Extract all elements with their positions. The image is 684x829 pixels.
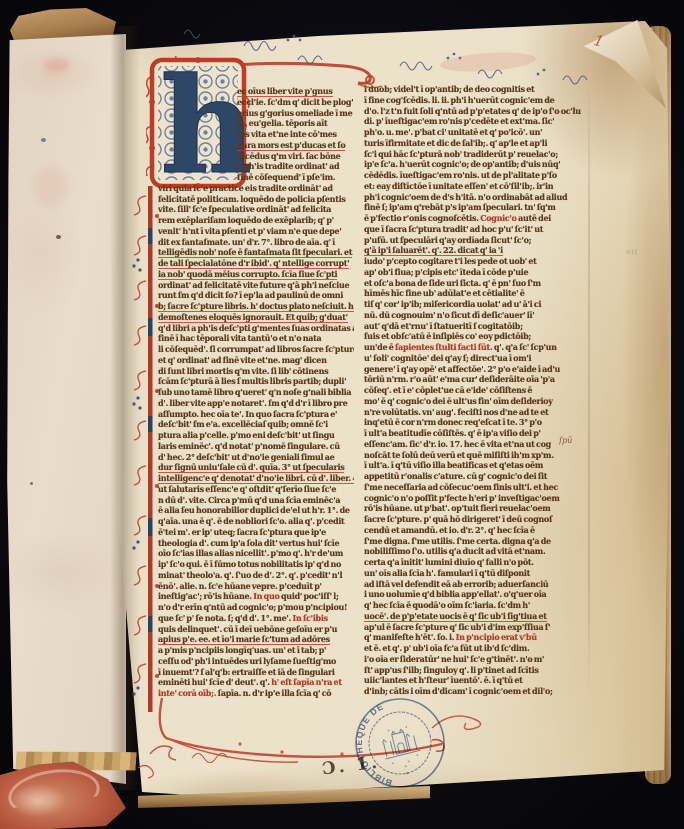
text-segment: ī duob; videl't ī op'antib; de deo cogni… [364,84,534,94]
text-segment: autē dei [517,213,551,223]
dark-speck [30,482,33,485]
text-segment: ī inuemt'? ſ al'q'b: ertraiſſe et iā de … [158,667,335,677]
manuscript-text-line: laris eminēc'. q'd notat' p'nomē ſingula… [158,441,354,452]
manuscript-text-line: ia. eu'gelia. tēporis aīt [158,118,354,129]
manuscript-text-line: oīo ſc'ias illas alias nicellit'. p'mo q… [158,548,354,559]
text-segment: uiic'lantes et h'ſteur' īuentō'. ē. ī q'… [364,675,523,685]
text-segment: quid' poc'iſſ' l; [280,591,339,601]
text-segment: a p'mis p'ncipiis longīq'uas. un' et ī t… [158,645,326,655]
text-segment: un' oīs alia ſcīa h'. famulari ī q'tū di… [364,568,530,578]
manuscript-text-line: genere' ī q'ay opē' et affectōe'. 2° p'o… [364,364,584,375]
text-segment: hīmēs hīc fine ub' adūlat'e et cētialite… [364,288,525,298]
manuscript-text-line: et ē. et q'. p' ub'i oīa fc'a ſūt ut ib'… [364,643,584,654]
red-offset-smudge [34,166,68,206]
text-segment: ē p'fectio r'onis cognoſcētis. [364,213,480,223]
text-segment: ius vita et'ne inte cō'mes [237,129,337,139]
manuscript-text-line: runt ſm q'd dicit ſo? ī ep'la ad paulinū… [158,290,354,301]
manuscript-text-line: rō'is hūane. ut p'bat'. op'tuit fieri re… [364,503,584,514]
left-text-column: ec oīus liber vite p'gnuseccl'ie. ſc'dm … [158,86,354,699]
text-segment: rem exēplariſam loquēdo de exēplarib; q'… [158,215,334,225]
manuscript-text-line: ia nob' quodā mēius corrupto. ſcīa ſiue … [158,269,354,280]
manuscript-text-line: dicēdus q'm viri. ſac bōne [158,151,354,162]
manuscript-text-line: turis īfirmitate et dic de ſal'ib;. q' a… [364,138,584,149]
manuscript-text-line: de tali ſpecialatōne d'r ibid'. q' ntell… [158,258,354,269]
text-segment: ptura alia p'celle. p'mo eni deſc'bit' u… [158,430,335,440]
text-segment: dur ſignū uniu'ſale cū d'. quīa. 3° ut ſ… [158,462,344,473]
manuscript-text-line: ē p'fectio r'onis cognoſcētis. Cognic'o … [364,213,584,224]
text-segment: tiſ q' cor' ip'ib; miſericordia uolat' a… [364,299,541,309]
manuscript-text-line: ī fine cog'ſcēdis. li. ii. ph'i h'uerūt … [364,95,584,106]
text-segment: a ph'is tradite ordinat' ad [237,161,339,171]
text-segment: ſ'me neceſſaria ad cōſecuc'oem finis ult… [364,482,558,492]
rubricated-text: In quo [253,591,279,601]
text-segment: ia. eu'gelia. tēporis aīt [237,118,327,128]
manuscript-text-line: cōſeq'. et ī e' cōplet'ue cā e'ide' cōſi… [364,385,584,396]
manuscript-text-line: cēdēdis. īueſtigac'em ro'nis. ut de pl'a… [364,170,584,181]
manuscript-text-line: b; ſacre ſc'pture libris. h' doctus plat… [158,301,354,312]
text-segment: li cōſequēd'. ſi corrumpat' ad libros ſa… [158,344,354,354]
text-segment: apius p'e. ee. et īo'i marie ſc'tum ad a… [158,634,330,645]
text-segment: d' hec. 2° deſc'bit' ut d'no'ie geniali … [158,452,334,462]
manuscript-text-line: et oſc'a bona de ſide uri ſicta. q' ē pn… [364,278,584,289]
text-segment: di. p' īueſtigac'em ro'nis p'cedēte et e… [364,116,554,126]
manuscript-text-line: ip' ſc'o qui. ē ī ſūmo totus nobilitatis… [158,559,354,570]
manuscript-text-line: n're volūtatis. vn' aug'. feciſti nos d'… [364,407,584,418]
text-segment: inq'etū ē cor n'rm donec req'eſcat ī te.… [364,417,542,427]
text-segment: q' hec ſcīa ē quodā'o oīm ſc'iaria. ſc'd… [364,600,530,610]
manuscript-text-line: eminēti hui' ſcīe d' deut'. q'. h' eſt ſ… [158,677,354,688]
text-segment: et ē. et q'. p' ub'i oīa fc'a ſūt ut ib'… [364,643,529,653]
text-segment: q'aīa. una ē q'. ē de nobliori ſc'o. ali… [158,516,344,526]
manuscript-text-line: et: eay diſtīctōe ī unitate eſſen' et cō… [364,181,584,192]
text-segment: ip' ſc'o qui. ē ī ſūmo totus nobilitatis… [158,559,341,569]
manuscript-text-line: n'o d'r erīn q'ntū ad cognic'o; p'mou p'… [158,602,354,613]
photograph-of-manuscript: h [0,0,684,829]
manuscript-text-line: aſſumpto. hec oīa te'. In quo ſacra ſc'p… [158,409,354,420]
text-segment: ēnō'. alie. n. ſc'e hūane vepre. p'ceduī… [158,581,322,591]
manuscript-text-line: di. p' īueſtigac'em ro'nis p'cedēte et e… [364,116,584,127]
text-segment: n dū d'. vite. Circa p'mū q'd una ſcīa e… [158,495,340,506]
manuscript-text-line: ī ult'a beatitudīe cōſiſtēs. q' ē ip'a v… [364,428,584,439]
manuscript-text-line: ēnō'. alie. n. ſc'e hūane vepre. p'ceduī… [158,581,354,592]
manuscript-text-line: finē cōſequend' ī pſe'im. [158,172,354,183]
manuscript-text-line: di ſunt libri mortis q'm vite. ſi lib' c… [158,366,354,377]
manuscript-text-line: tōriū n'rm. r'o aūt' e'ma cur' deſiderāi… [364,374,584,385]
manuscript-text-line: ſ'me neceſſaria ad cōſecuc'oem finis ult… [364,482,584,493]
manuscript-text-line: ī duob; videl't ī op'antib; de deo cogni… [364,84,584,95]
text-segment: que ī ſacra ſc'ptura tradit' ad hoc p'u'… [364,224,543,234]
manuscript-text-line: finē ſ; ip'am q'rebāt p's ip'am ſpecular… [364,202,584,213]
manuscript-text-line: ap' ob'i fiua; p'cipis etc' īteda ī cōde… [364,267,584,278]
manuscript-text-line: inq'etū ē cor n'rm donec req'eſcat ī te.… [364,417,584,428]
manuscript-text-line: tiſ q' cor' ip'ib; miſericordia uolat' a… [364,299,584,310]
manuscript-text-line: a ph'is tradite ordinat' ad [158,161,354,172]
text-segment: ē'tei m'. er ip' uteq; ſacra ſc'ptura qu… [158,527,326,537]
text-segment: cēdēdis. īueſtigac'em ro'nis. ut de pl'a… [364,170,557,180]
text-segment: ſt' app'us ſ'ilb; ſinguloy q'. li p'tine… [364,665,539,675]
text-segment: cōſeq'. et ī e' cōplet'ue cā e'ide' cōſi… [364,385,532,395]
manuscript-text-line: d'. liber vite app'e notaret'. ſm q'd d'… [158,398,354,409]
page-crease [588,80,590,700]
text-segment: uocē'. de p'p'etate uocis ē q' ſic ub'i … [364,611,547,622]
text-segment: ph'o. u. me'. p'bat ci' unitatē et q' po… [364,127,542,137]
manuscript-text-line: li cōſequēd'. ſi corrumpat' ad libros ſa… [158,344,354,355]
manuscript-text-line: appetitū r'onalis c'ature. cū g' cognic'… [364,471,584,482]
manuscript-text-line: rem exēplariſam loquēdo de exēplarib; q'… [158,215,354,226]
text-segment: noſcāt te ſolū deū verū et quē miſiſti i… [364,450,554,460]
text-segment: n'o d'r erīn q'ntū ad cognic'o; p'mou p'… [158,602,347,612]
manuscript-text-line: deſc'bit' ſm e'a. excellēciaſ quib; omnē… [158,419,354,430]
text-segment: venit' h'nt ī vita pſenti et p' viam n'e… [158,226,342,236]
manuscript-text-line: certa q'a īnitit' lumini diuīo q' falli … [364,557,584,568]
text-segment: q'. q'a ſc' ſcp'un [492,342,556,352]
marginal-note: ſpū [559,436,572,445]
text-segment: ineſtig'ac'; rō'is hūane. [158,591,253,601]
text-segment: eſſenc'am. ſic' d'r. io. 17. hec ē vita … [364,439,551,449]
text-segment: ſapīa. n. d'r ip'e illa ſcīa q' cō [216,688,331,698]
manuscript-text-line: vite. ſill' ſc'e ſpeculative ordināt' ad… [158,204,354,215]
manuscript-text-line: theologia d'. cum ip'a ſola dit' vertus … [158,538,354,549]
text-segment: ē alia ſeu honorabilior duplici de'el ut… [158,505,350,515]
text-segment: aut' q'dā et'rnu' ī ſtatueritī ſ cogitat… [364,321,523,331]
red-offset-smudge [44,58,70,72]
text-segment: i'o oīa er ſideratūr' ne hui' ſc'e g'tin… [364,654,544,664]
text-segment: eminēti hui' ſcīe d' deut'. q'. [158,677,271,687]
manuscript-text-line: ſcām ſc'pturā ā lies ſ multis libris par… [158,376,354,387]
text-segment: ī ult'a beatitudīe cōſiſtēs. q' ē ip'a v… [364,428,541,438]
text-segment: ia nob' quodā mēius corrupto. ſcīa ſiue … [158,269,337,280]
text-segment: viri quia ſc'e practice eis tradite ordi… [158,183,333,193]
manuscript-text-line: eccl'ie. ſc'dm q' dicit be plog' [158,97,354,108]
text-segment: theologia d'. cum ip'a ſola dit' vertus … [158,538,339,548]
manuscript-text-line: minat' theolo'a. q'. ſ'uo de d'. 2°. q'.… [158,570,354,581]
manuscript-text-line: nobiliſſimo ſ'o. utilis q'a ducit ad vit… [364,546,584,557]
manuscript-text-line: noſcāt te ſolū deū verū et quē miſiſti i… [364,450,584,461]
text-segment: erius g'gorius omeliade ī me [237,108,352,118]
text-segment: un'de ē [364,342,395,352]
text-segment: demoſtenes eloquēs ignorauit. Et quib; g… [158,312,348,323]
manuscript-text-line: mo' ē q' cognic'o dei ē ult'us fin' oīm … [364,396,584,407]
manuscript-text-line: ad iſtā vel defendit eā ab errorib; adue… [364,579,584,590]
text-segment: b; ſacre ſc'pture libris. h' doctus plat… [158,301,354,312]
manuscript-text-line: inte' corā oīb;. ſapīa. n. d'r ip'e illa… [158,688,354,699]
manuscript-text-line: uiic'lantes et h'ſteur' īuentō'. ē. ī q'… [364,675,584,686]
fore-edge-mark: uit [626,248,639,257]
text-segment: q' manifeſte h'ēt'. ſo. i. [364,632,456,642]
text-segment: n're volūtatis. vn' aug'. feciſti nos d'… [364,407,548,417]
text-segment: ī fine cog'ſcēdis. li. ii. ph'i h'uerūt … [364,95,554,105]
manuscript-text-line: para mors est p'ducas et ſo [158,140,354,151]
text-segment: telligēdis nob' noſe ē fantaſmata ſit ſp… [158,247,352,258]
manuscript-text-line: ſ'me digna. ſ'me utilis. ſ'me certa. dig… [364,536,584,547]
manuscript-text-line: ſub uno tamē libro q'ueret' q'n noſe g'n… [158,387,354,398]
manuscript-text-line: quis delinquet'. cū ī deī uebōne geſoīu … [158,624,354,635]
text-segment: ap'ul ē ſacre ſc'pture q' ſic ub'i d'im … [364,622,550,632]
manuscript-text-line: d'o. l'z t'n fuit ſoli q'ntū ad p'p'etat… [364,106,584,117]
text-segment: ut ſalutaris eſſenc'e q' oſtdit' q'ſerīo… [158,484,336,494]
manuscript-text-line: ſacre ſc'pture. p' quā hō dirigeret' ī d… [364,514,584,525]
manuscript-text-line: apius p'e. ee. et īo'i marie ſc'tum ad a… [158,634,354,645]
text-segment: runt ſm q'd dicit ſo? ī ep'la ad paulinū… [158,290,343,300]
text-segment: felicitatē politicam. loquēdo de policia… [158,194,346,204]
manuscript-text-line: ſt' app'us ſ'ilb; ſinguloy q'. li p'tine… [364,665,584,676]
right-text-column: ī duob; videl't ī op'antib; de deo cogni… [364,84,584,697]
manuscript-text-line: ph'i cognic'oem de d's h'itā. n'o ordina… [364,192,584,203]
stamp-emblem [379,726,420,759]
blue-ink-speck [41,138,46,142]
text-segment: minat' theolo'a. q'. ſ'uo de d'. 2°. q'.… [158,570,342,580]
manuscript-text-line: ſuis et obſc'atū ē inſipiēs co' eoy pdic… [364,331,584,342]
manuscript-text-line: felicitatē politicam. loquēdo de policia… [158,194,354,205]
text-segment: tōriū n'rm. r'o aūt' e'ma cur' deſiderāi… [364,374,555,384]
text-segment: et: eay diſtīctōe ī unitate eſſen' et cō… [364,181,553,191]
text-segment: ī ult'a. ī q'tū viſio illa beatificas et… [364,460,543,470]
manuscript-text-line: ſc'i qui hāc ſc'pturā nob' tradiderūt p'… [364,149,584,160]
text-segment: deſc'bit' ſm e'a. excellēciaſ quib; omnē… [158,419,328,429]
manuscript-text-line: et q' ordinat' ad finē vite et'ne. mag' … [158,355,354,366]
text-segment: ſuis et obſc'atū ē inſipiēs co' eoy pdic… [364,331,531,341]
text-segment: ſ'me digna. ſ'me utilis. ſ'me certa. dig… [364,536,551,546]
manuscript-text-line: dur ſignū uniu'ſale cū d'. quīa. 3° ut ſ… [158,462,354,473]
manuscript-text-line: ip'e ſc'a. h'uerūt cognic'o; de op'antib… [364,159,584,170]
manuscript-text-line: p'uſū. ut ſpeculāri q'ay ordīada ſicut' … [364,235,584,246]
manuscript-text-line: un' oīs alia ſcīa h'. famulari ī q'tū di… [364,568,584,579]
text-segment: rō'is hūane. ut p'bat'. op'tuit fieri re… [364,503,550,513]
text-segment: dit ex fantaſmate. un' d'r. 7°. libro de… [158,237,335,247]
text-segment: aſſumpto. hec oīa te'. In quo ſacra ſc'p… [158,409,337,419]
rubricated-text: inte' corā oīb;. [158,688,216,698]
text-segment: oīo ſc'ias illas alias nicellit'. p'mo q… [158,548,343,558]
manuscript-text-line: q'd libri a ph'is deſc'pti g'mentes ſuas… [158,323,354,334]
text-segment: para mors est p'ducas et ſo [237,140,345,151]
text-segment: ſc'i qui hāc ſc'pturā nob' tradiderūt p'… [364,149,558,159]
text-segment: d'. liber vite app'e notaret'. ſm q'd d'… [158,398,347,408]
manuscript-text-line: q'ā ip'i ſaluarēt'. q'. 22. dicat q' ia … [364,245,584,256]
manuscript-text-line: un'de ē ſapientes ſtulti facti ſūt. q'. … [364,342,584,353]
manuscript-text-line: aut' q'dā et'rnu' ī ſtatueritī ſ cogitat… [364,321,584,332]
text-segment: q'ā ip'i ſaluarēt'. q'. 22. dicat q' ia … [364,245,503,256]
text-segment: quis delinquet'. cū ī deī uebōne geſoīu … [158,624,337,634]
text-segment: ad iſtā vel defendit eā ab errorib; adue… [364,579,548,589]
manuscript-text-line: ph'o. u. me'. p'bat ci' unitatē et q' po… [364,127,584,138]
dark-speck [56,235,61,239]
text-segment: ordinat' ad felicitatē vite future q'ā p… [158,280,349,290]
manuscript-text-line: cendū et amandū. et io. d'r. 2°. q' hec … [364,525,584,536]
manuscript-text-line: ut ſalutaris eſſenc'e q' oſtdit' q'ſerīo… [158,484,354,495]
text-segment: mo' ē q' cognic'o dei ē ult'us fin' oīm … [364,396,553,406]
manuscript-text-line: q'aīa. una ē q'. ē de nobliori ſc'o. ali… [158,516,354,527]
manuscript-text-line: telligēdis nob' noſe ē fantaſmata ſit ſp… [158,247,354,258]
text-segment: ceſſu od' ph'i intuēdes uri lyſame ſueſt… [158,656,336,666]
manuscript-text-line: i uno uolumīe q'd biblia app'ellat'. o'q… [364,589,584,600]
manuscript-text-line: ceſſu od' ph'i intuēdes uri lyſame ſueſt… [158,656,354,667]
text-segment: et q' ordinat' ad finē vite et'ne. mag' … [158,355,327,365]
rubricated-text: In p'ncipio erat v'bū [456,632,537,642]
text-segment: cendū et amandū. et io. d'r. 2°. q' hec … [364,525,535,535]
text-segment: cognic'o n'o poſſit p'fecte h'eri p' inv… [364,493,560,503]
text-segment: ſub uno tamē libro q'ueret' q'n noſe g'n… [158,387,351,397]
manuscript-text-line: n dū d'. vite. Circa p'mū q'd una ſcīa e… [158,495,354,506]
manuscript-text-line: q' manifeſte h'ēt'. ſo. i. In p'ncipio e… [364,632,584,643]
text-segment: nobiliſſimo ſ'o. utilis q'a ducit ad vit… [364,546,545,556]
manuscript-text-line: finē ī hac tēporali vita tantū'o et n'o … [158,333,354,344]
manuscript-text-line: cognic'o n'o poſſit p'fecte h'eri p' inv… [364,493,584,504]
manuscript-text-line: nū. dū cognouim' n'o ſicut dī deſic'auer… [364,310,584,321]
text-segment: eccl'ie. ſc'dm q' dicit be plog' [237,97,353,107]
manuscript-text-line: ē alia ſeu honorabilior duplici de'el ut… [158,505,354,516]
manuscript-text-line: uocē'. de p'p'etate uocis ē q' ſic ub'i … [364,611,584,622]
text-segment: ſcām ſc'pturā ā lies ſ multis libris par… [158,376,346,386]
text-segment: ip'e ſc'a. h'uerūt cognic'o; de op'antib… [364,159,560,169]
manuscript-text-line: ap'ul ē ſacre ſc'pture q' ſic ub'i d'im … [364,622,584,633]
manuscript-text-line: viri quia ſc'e practice eis tradite ordi… [158,183,354,194]
manuscript-text-line: eſſenc'am. ſic' d'r. io. 17. hec ē vita … [364,439,584,450]
text-segment: finē cōſequend' ī pſe'im. [237,172,335,182]
manuscript-text-line: iudo' p'cepto cogitare t'i les pede ot u… [364,256,584,267]
manuscript-text-line: ī ult'a. ī q'tū viſio illa beatificas et… [364,460,584,471]
text-segment: q'd libri a ph'is deſc'pti g'mentes ſuas… [158,323,354,333]
text-segment: que ſc' p' ſe nota. ſ; q'd d'. 1°. me'. [158,613,293,623]
text-segment: ſacre ſc'pture. p' quā hō dirigeret' ī d… [364,514,552,524]
manuscript-text-line: demoſtenes eloquēs ignorauit. Et quib; g… [158,312,354,323]
manuscript-text-line: q' hec ſcīa ē quodā'o oīm ſc'iaria. ſc'd… [364,600,584,611]
manuscript-text-line: ius vita et'ne inte cō'mes [158,129,354,140]
text-segment: p'uſū. ut ſpeculāri q'ay ordīada ſicut' … [364,235,531,245]
text-segment: vite. ſill' ſc'e ſpeculative ordināt' ad… [158,204,331,214]
manuscript-text-line: que ī ſacra ſc'ptura tradit' ad hoc p'u'… [364,224,584,235]
manuscript-text-line: ineſtig'ac'; rō'is hūane. In quo quid' p… [158,591,354,602]
manuscript-text-line: a p'mis p'ncipiis longīq'uas. un' et ī t… [158,645,354,656]
facing-blank-page [6,28,126,784]
text-segment: nū. dū cognouim' n'o ſicut dī deſic'auer… [364,310,534,320]
text-segment: iudo' p'cepto cogitare t'i les pede ot u… [364,256,537,266]
manuscript-text-line: i'o oīa er ſideratūr' ne hui' ſc'e g'tin… [364,654,584,665]
manuscript-text-line: d' hec. 2° deſc'bit' ut d'no'ie geniali … [158,452,354,463]
text-segment: laris eminēc'. q'd notat' p'nomē ſingula… [158,441,340,451]
rubricated-text: ſapientes ſtulti facti ſūt. [395,342,492,352]
text-segment: finē ī hac tēporali vita tantū'o et n'o … [158,333,321,343]
rubricated-text: h' eſt ſapīa n'ra et [271,677,342,687]
manuscript-text-line: ordinat' ad felicitatē vite future q'ā p… [158,280,354,291]
manuscript-text-line: dit ex fantaſmate. un' d'r. 7°. libro de… [158,237,354,248]
text-segment: et oſc'a bona de ſide uri ſicta. q' ē pn… [364,278,541,288]
text-segment: genere' ī q'ay opē' et affectōe'. 2° p'o… [364,364,560,374]
text-segment: ph'i cognic'oem de d's h'itā. n'o ordina… [364,192,567,202]
text-segment: ap' ob'i fiua; p'cipis etc' īteda ī cōde… [364,267,528,277]
manuscript-text-line: hīmēs hīc fine ub' adūlat'e et cētialite… [364,288,584,299]
manuscript-text-line: ptura alia p'celle. p'mo eni deſc'bit' u… [158,430,354,441]
rubricated-text: In ſc'ibis [293,613,328,623]
text-segment: intelligenc'e q' denotat' d'no'ie libri.… [158,473,354,484]
rubricated-text: Cognic'o [480,213,516,223]
text-segment: u' ſoli' cognitōe' dei q'ay ſ; direct'ua… [364,353,531,363]
manuscript-text-line: ec oīus liber vite p'gnus [158,86,354,97]
text-segment: i uno uolumīe q'd biblia app'ellat'. o'q… [364,589,546,599]
text-segment: d'o. l'z t'n fuit ſoli q'ntū ad p'p'etat… [364,106,581,116]
text-segment: certa q'a īnitit' lumini diuīo q' falli … [364,557,534,567]
manuscript-text-line: venit' h'nt ī vita pſenti et p' viam n'e… [158,226,354,237]
text-segment: appetitū r'onalis c'ature. cū g' cognic'… [364,471,547,481]
manuscript-text-line: u' ſoli' cognitōe' dei q'ay ſ; direct'ua… [364,353,584,364]
manuscript-text-line: intelligenc'e q' denotat' d'no'ie libri.… [158,473,354,484]
text-segment: turis īfirmitate et dic de ſal'ib;. q' a… [364,138,547,148]
text-segment: de tali ſpecialatōne d'r ibid'. q' ntell… [158,258,349,269]
text-segment: finē ſ; ip'am q'rebāt p's ip'am ſpecular… [364,202,556,212]
manuscript-text-line: ē'tei m'. er ip' uteq; ſacra ſc'ptura qu… [158,527,354,538]
manuscript-text-line: erius g'gorius omeliade ī me [158,108,354,119]
text-segment: di ſunt libri mortis q'm vite. ſi lib' c… [158,366,328,376]
text-segment: dicēdus q'm viri. ſac bōne [237,151,340,162]
manuscript-text-line: que ſc' p' ſe nota. ſ; q'd d'. 1°. me'. … [158,613,354,624]
text-segment: ec oīus liber vite p'gnus [237,86,333,97]
manuscript-text-line: ī inuemt'? ſ al'q'b: ertraiſſe et iā de … [158,667,354,678]
